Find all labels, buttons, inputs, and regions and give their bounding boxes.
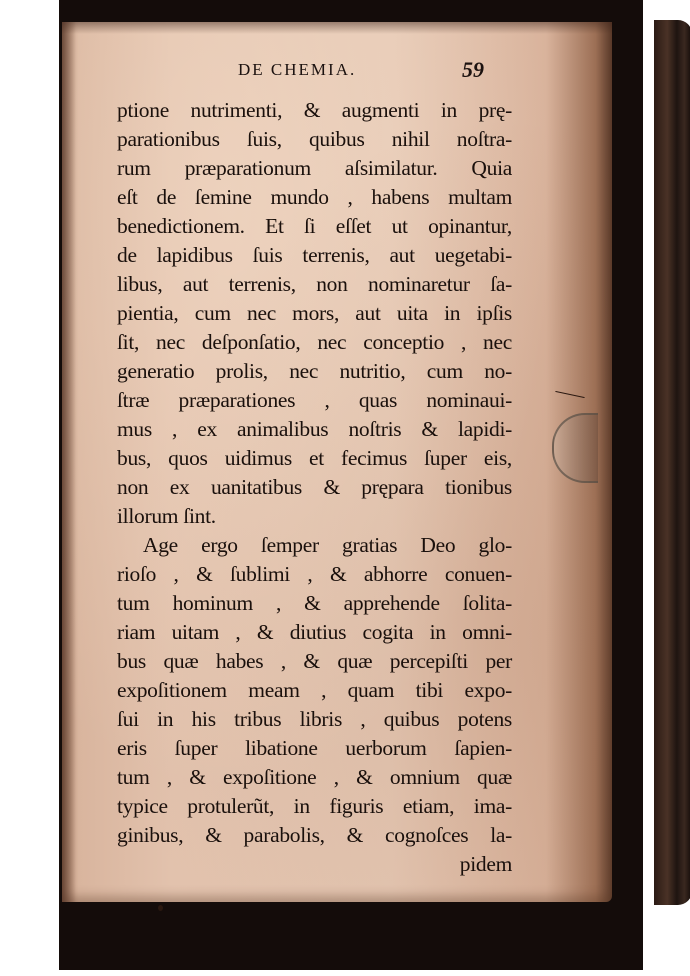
text-line: pientia, cum nec mors, aut uita in ipſis <box>117 299 512 328</box>
page-shadow-left <box>62 22 76 902</box>
text-line: rioſo , & ſublimi , & abhorre conuen- <box>117 560 512 589</box>
catchword: pidem <box>117 850 512 879</box>
text-line: generatio prolis, nec nutritio, cum no- <box>117 357 512 386</box>
text-line: ptione nutrimenti, & augmenti in prę- <box>117 96 512 125</box>
text-line: parationibus ſuis, quibus nihil noſtra- <box>117 125 512 154</box>
book-cover-edge <box>654 20 690 905</box>
text-line: benedictionem. Et ſi eſſet ut opinantur, <box>117 212 512 241</box>
text-line: ginibus, & parabolis, & cognoſces la- <box>117 821 512 850</box>
text-line: riam uitam , & diutius cogita in omni- <box>117 618 512 647</box>
text-line: de lapidibus ſuis terrenis, aut uegetabi… <box>117 241 512 270</box>
text-line: non ex uanitatibus & prępara tionibus <box>117 473 512 502</box>
text-line: ſui in his tribus libris , quibus potens <box>117 705 512 734</box>
paragraph-start-line: Age ergo ſemper gratias Deo glo- <box>117 531 512 560</box>
ink-speck <box>158 905 163 911</box>
text-line: rum præparationum aſsimilatur. Quia <box>117 154 512 183</box>
text-line: typice protulerũt, in figuris etiam, ima… <box>117 792 512 821</box>
text-line: ſtræ præparationes , quas nominaui- <box>117 386 512 415</box>
text-line: bus, quos uidimus et fecimus ſuper eis, <box>117 444 512 473</box>
text-line: mus , ex animalibus noſtris & lapidi- <box>117 415 512 444</box>
text-line: ſit, nec deſponſatio, nec conceptio , ne… <box>117 328 512 357</box>
body-text: ptione nutrimenti, & augmenti in prę- pa… <box>117 96 512 879</box>
page-shadow-top <box>62 22 612 34</box>
text-line: illorum ſint. <box>117 502 512 531</box>
page-number: 59 <box>462 57 484 83</box>
text-line: eſt de ſemine mundo , habens multam <box>117 183 512 212</box>
text-line: libus, aut terrenis, non nominaretur ſa- <box>117 270 512 299</box>
text-line: tum hominum , & apprehende ſolita- <box>117 589 512 618</box>
text-line: bus quæ habes , & quæ percepiſti per <box>117 647 512 676</box>
running-head: DE CHEMIA. <box>238 60 356 80</box>
text-line: tum , & expoſitione , & omnium quæ <box>117 763 512 792</box>
text-line: eris ſuper libatione uerborum ſapien- <box>117 734 512 763</box>
text-line: expoſitionem meam , quam tibi expo- <box>117 676 512 705</box>
